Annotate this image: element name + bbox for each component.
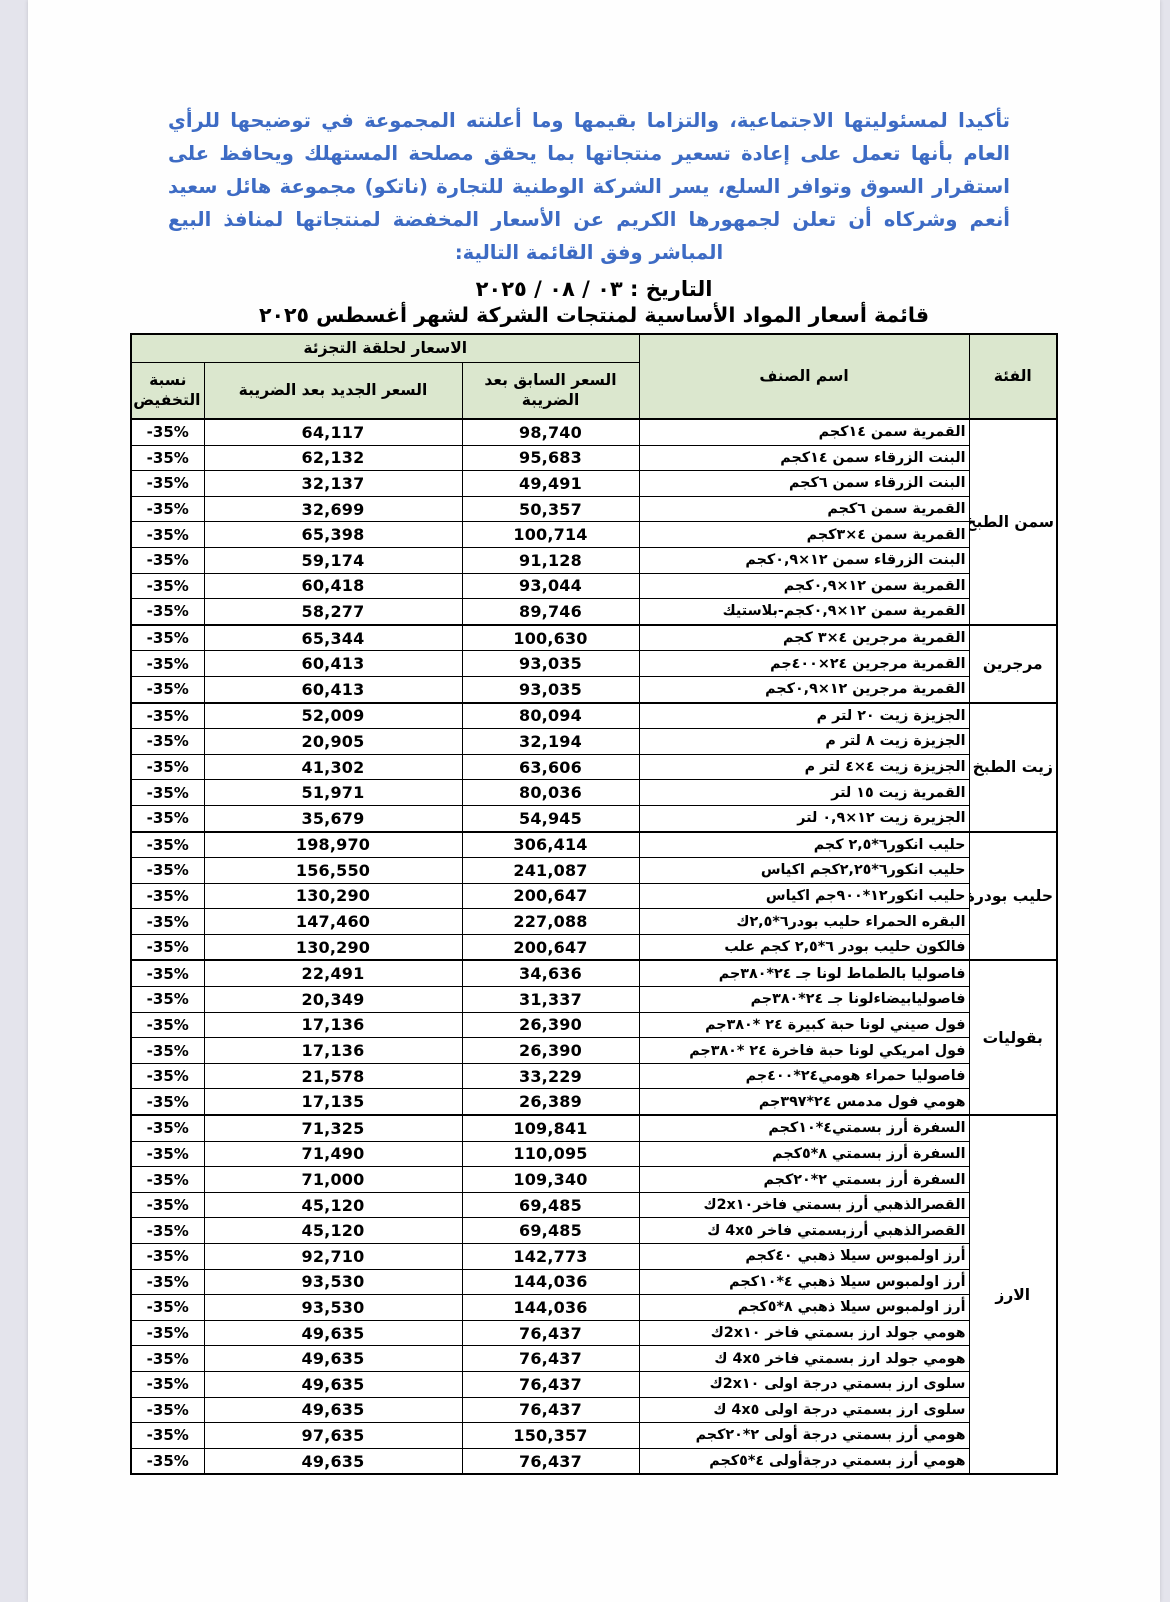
item-name-cell: السفرة أرز بسمتي٤*١٠كجم — [639, 1115, 969, 1141]
previous-price-cell: 63,606 — [462, 754, 639, 780]
item-name-cell: القصرالذهبي أرز بسمتي فاخر2x١٠ك — [639, 1192, 969, 1218]
discount-cell: -35% — [131, 547, 204, 573]
col-header-previous-price: السعر السابق بعد الضريبة — [462, 363, 639, 420]
discount-cell: -35% — [131, 754, 204, 780]
new-price-cell: 60,418 — [204, 573, 462, 599]
new-price-cell: 93,530 — [204, 1295, 462, 1321]
new-price-cell: 97,635 — [204, 1423, 462, 1449]
discount-cell: -35% — [131, 1244, 204, 1270]
new-price-cell: 49,635 — [204, 1397, 462, 1423]
new-price-cell: 17,135 — [204, 1089, 462, 1115]
previous-price-cell: 49,491 — [462, 471, 639, 497]
discount-cell: -35% — [131, 1167, 204, 1193]
previous-price-cell: 93,044 — [462, 573, 639, 599]
table-row: فول امريكي لونا حبة فاخرة ٢٤ *٣٨٠جم26,39… — [131, 1038, 1057, 1064]
item-name-cell: هومي أرز بسمتي درجة أولى ٢*٢٠كجم — [639, 1423, 969, 1449]
table-row: فاصوليا حمراء هومي٢٤*٤٠٠جم33,22921,578-3… — [131, 1063, 1057, 1089]
item-name-cell: فول صيني لونا حبة كبيرة ٢٤ *٣٨٠جم — [639, 1012, 969, 1038]
table-row: القمرية سمن ١٢×٠,٩كجم93,04460,418-35% — [131, 573, 1057, 599]
previous-price-cell: 241,087 — [462, 858, 639, 884]
new-price-cell: 71,000 — [204, 1167, 462, 1193]
new-price-cell: 22,491 — [204, 960, 462, 986]
table-row: سمن الطبخالقمرية سمن ١٤كجم98,74064,117-3… — [131, 419, 1057, 445]
previous-price-cell: 144,036 — [462, 1269, 639, 1295]
previous-price-cell: 200,647 — [462, 883, 639, 909]
item-name-cell: السفرة أرز بسمتي ٨*٥كجم — [639, 1141, 969, 1167]
new-price-cell: 147,460 — [204, 909, 462, 935]
item-name-cell: الجزيرة زيت ١٢×٠,٩ لتر — [639, 805, 969, 831]
discount-cell: -35% — [131, 1397, 204, 1423]
discount-cell: -35% — [131, 1320, 204, 1346]
table-row: البقره الحمراء حليب بودر٦*٢,٥ك227,088147… — [131, 909, 1057, 935]
page-title: قائمة أسعار المواد الأساسية لمنتجات الشر… — [28, 303, 1160, 327]
document-page: تأكيدا لمسئوليتها الاجتماعية، والتزاما ب… — [28, 0, 1160, 1602]
discount-cell: -35% — [131, 1218, 204, 1244]
discount-cell: -35% — [131, 987, 204, 1013]
item-name-cell: حليب انكور٦*٢,٢٥كجم اكياس — [639, 858, 969, 884]
item-name-cell: القمرية مرجرين ٤×٣ كجم — [639, 625, 969, 651]
table-row: الارزالسفرة أرز بسمتي٤*١٠كجم109,84171,32… — [131, 1115, 1057, 1141]
previous-price-cell: 54,945 — [462, 805, 639, 831]
table-row: الجزيزة زيت ٨ لتر م32,19420,905-35% — [131, 729, 1057, 755]
item-name-cell: هومي جولد ارز بسمتي فاخر 2x١٠ك — [639, 1320, 969, 1346]
table-row: حليب انكور٦*٢,٢٥كجم اكياس241,087156,550-… — [131, 858, 1057, 884]
item-name-cell: القمرية مرجرين ١٢×٠,٩كجم — [639, 676, 969, 702]
category-cell: الارز — [969, 1115, 1057, 1474]
discount-cell: -35% — [131, 1295, 204, 1321]
col-header-discount: نسبة التخفيض — [131, 363, 204, 420]
previous-price-cell: 91,128 — [462, 547, 639, 573]
table-row: فول صيني لونا حبة كبيرة ٢٤ *٣٨٠جم26,3901… — [131, 1012, 1057, 1038]
new-price-cell: 49,635 — [204, 1371, 462, 1397]
item-name-cell: فول امريكي لونا حبة فاخرة ٢٤ *٣٨٠جم — [639, 1038, 969, 1064]
new-price-cell: 45,120 — [204, 1192, 462, 1218]
previous-price-cell: 69,485 — [462, 1218, 639, 1244]
discount-cell: -35% — [131, 573, 204, 599]
table-row: البنت الزرقاء سمن ٦كجم49,49132,137-35% — [131, 471, 1057, 497]
discount-cell: -35% — [131, 703, 204, 729]
item-name-cell: سلوى ارز بسمتي درجة اولى 2x١٠ك — [639, 1371, 969, 1397]
category-cell: حليب بودرة — [969, 832, 1057, 961]
item-name-cell: البنت الزرقاء سمن ١٤كجم — [639, 445, 969, 471]
discount-cell: -35% — [131, 1115, 204, 1141]
new-price-cell: 93,530 — [204, 1269, 462, 1295]
new-price-cell: 17,136 — [204, 1038, 462, 1064]
new-price-cell: 130,290 — [204, 934, 462, 960]
previous-price-cell: 89,746 — [462, 599, 639, 625]
item-name-cell: هومي أرز بسمتي درجةأولى ٤*٥كجم — [639, 1448, 969, 1474]
discount-cell: -35% — [131, 1063, 204, 1089]
item-name-cell: فاصوليا حمراء هومي٢٤*٤٠٠جم — [639, 1063, 969, 1089]
header-row-top: الفئة اسم الصنف الاسعار لحلقة التجزئة — [131, 334, 1057, 363]
previous-price-cell: 76,437 — [462, 1371, 639, 1397]
discount-cell: -35% — [131, 1448, 204, 1474]
date-line: التاريخ : ٠٣ / ٠٨ / ٢٠٢٥ — [28, 277, 1160, 301]
new-price-cell: 45,120 — [204, 1218, 462, 1244]
table-row: حليب انكور١٢*٩٠٠جم اكياس200,647130,290-3… — [131, 883, 1057, 909]
discount-cell: -35% — [131, 522, 204, 548]
price-table-body: سمن الطبخالقمرية سمن ١٤كجم98,74064,117-3… — [131, 419, 1057, 1474]
item-name-cell: الجزيزة زيت ٢٠ لتر م — [639, 703, 969, 729]
item-name-cell: فاصوليابيضاءلونا جـ ٢٤*٣٨٠جم — [639, 987, 969, 1013]
new-price-cell: 60,413 — [204, 651, 462, 677]
item-name-cell: فاصوليا بالطماط لونا جـ ٢٤*٣٨٠جم — [639, 960, 969, 986]
previous-price-cell: 76,437 — [462, 1320, 639, 1346]
new-price-cell: 32,699 — [204, 496, 462, 522]
new-price-cell: 58,277 — [204, 599, 462, 625]
new-price-cell: 49,635 — [204, 1346, 462, 1372]
discount-cell: -35% — [131, 496, 204, 522]
previous-price-cell: 26,390 — [462, 1012, 639, 1038]
intro-paragraph: تأكيدا لمسئوليتها الاجتماعية، والتزاما ب… — [168, 104, 1010, 269]
new-price-cell: 21,578 — [204, 1063, 462, 1089]
previous-price-cell: 93,035 — [462, 651, 639, 677]
item-name-cell: البنت الزرقاء سمن ٦كجم — [639, 471, 969, 497]
table-row: حليب بودرةحليب انكور٦*٢,٥ كجم306,414198,… — [131, 832, 1057, 858]
table-row: هومي أرز بسمتي درجة أولى ٢*٢٠كجم150,3579… — [131, 1423, 1057, 1449]
discount-cell: -35% — [131, 1269, 204, 1295]
new-price-cell: 92,710 — [204, 1244, 462, 1270]
item-name-cell: حليب انكور١٢*٩٠٠جم اكياس — [639, 883, 969, 909]
new-price-cell: 52,009 — [204, 703, 462, 729]
discount-cell: -35% — [131, 471, 204, 497]
previous-price-cell: 76,437 — [462, 1448, 639, 1474]
category-cell: زيت الطبخ — [969, 703, 1057, 832]
col-header-category: الفئة — [969, 334, 1057, 419]
table-row: القمرية مرجرين ١٢×٠,٩كجم93,03560,413-35% — [131, 676, 1057, 702]
previous-price-cell: 95,683 — [462, 445, 639, 471]
new-price-cell: 65,398 — [204, 522, 462, 548]
new-price-cell: 71,325 — [204, 1115, 462, 1141]
discount-cell: -35% — [131, 445, 204, 471]
discount-cell: -35% — [131, 780, 204, 806]
new-price-cell: 32,137 — [204, 471, 462, 497]
table-row: القمرية زيت ١٥ لتر80,03651,971-35% — [131, 780, 1057, 806]
table-row: السفرة أرز بسمتي ٨*٥كجم110,09571,490-35% — [131, 1141, 1057, 1167]
table-row: أرز اولمبوس سيلا ذهبي ٤*١٠كجم144,03693,5… — [131, 1269, 1057, 1295]
item-name-cell: أرز اولمبوس سيلا ذهبي ٤*١٠كجم — [639, 1269, 969, 1295]
previous-price-cell: 26,390 — [462, 1038, 639, 1064]
col-header-item-name: اسم الصنف — [639, 334, 969, 419]
table-row: سلوى ارز بسمتي درجة اولى 2x١٠ك76,43749,6… — [131, 1371, 1057, 1397]
discount-cell: -35% — [131, 1038, 204, 1064]
previous-price-cell: 142,773 — [462, 1244, 639, 1270]
table-row: القصرالذهبي أرز بسمتي فاخر2x١٠ك69,48545,… — [131, 1192, 1057, 1218]
item-name-cell: أرز اولمبوس سيلا ذهبي ٨*٥كجم — [639, 1295, 969, 1321]
new-price-cell: 59,174 — [204, 547, 462, 573]
price-table-header: الفئة اسم الصنف الاسعار لحلقة التجزئة ال… — [131, 334, 1057, 419]
table-row: سلوى ارز بسمتي درجة اولى 4x٥ ك76,43749,6… — [131, 1397, 1057, 1423]
previous-price-cell: 110,095 — [462, 1141, 639, 1167]
discount-cell: -35% — [131, 858, 204, 884]
discount-cell: -35% — [131, 909, 204, 935]
discount-cell: -35% — [131, 729, 204, 755]
new-price-cell: 35,679 — [204, 805, 462, 831]
previous-price-cell: 306,414 — [462, 832, 639, 858]
discount-cell: -35% — [131, 1141, 204, 1167]
previous-price-cell: 227,088 — [462, 909, 639, 935]
table-row: القمرية سمن ٤×٣كجم100,71465,398-35% — [131, 522, 1057, 548]
previous-price-cell: 109,841 — [462, 1115, 639, 1141]
category-cell: مرجرين — [969, 625, 1057, 703]
price-table: الفئة اسم الصنف الاسعار لحلقة التجزئة ال… — [130, 333, 1058, 1475]
col-header-new-price: السعر الجديد بعد الضريبة — [204, 363, 462, 420]
table-row: هومي جولد ارز بسمتي فاخر 4x٥ ك76,43749,6… — [131, 1346, 1057, 1372]
item-name-cell: القمرية سمن ٤×٣كجم — [639, 522, 969, 548]
new-price-cell: 198,970 — [204, 832, 462, 858]
table-row: هومي جولد ارز بسمتي فاخر 2x١٠ك76,43749,6… — [131, 1320, 1057, 1346]
table-row: هومي أرز بسمتي درجةأولى ٤*٥كجم76,43749,6… — [131, 1448, 1057, 1474]
item-name-cell: فالكون حليب بودر ٦*٢,٥ كجم علب — [639, 934, 969, 960]
col-header-retail-prices-group: الاسعار لحلقة التجزئة — [131, 334, 639, 363]
new-price-cell: 49,635 — [204, 1320, 462, 1346]
previous-price-cell: 93,035 — [462, 676, 639, 702]
table-row: زيت الطبخالجزيزة زيت ٢٠ لتر م80,09452,00… — [131, 703, 1057, 729]
item-name-cell: القمرية سمن ١٢×٠,٩كجم — [639, 573, 969, 599]
category-cell: بقوليات — [969, 960, 1057, 1115]
new-price-cell: 20,349 — [204, 987, 462, 1013]
category-cell: سمن الطبخ — [969, 419, 1057, 625]
new-price-cell: 130,290 — [204, 883, 462, 909]
new-price-cell: 49,635 — [204, 1448, 462, 1474]
previous-price-cell: 80,036 — [462, 780, 639, 806]
new-price-cell: 20,905 — [204, 729, 462, 755]
discount-cell: -35% — [131, 599, 204, 625]
discount-cell: -35% — [131, 1423, 204, 1449]
previous-price-cell: 26,389 — [462, 1089, 639, 1115]
new-price-cell: 60,413 — [204, 676, 462, 702]
previous-price-cell: 100,714 — [462, 522, 639, 548]
previous-price-cell: 80,094 — [462, 703, 639, 729]
previous-price-cell: 76,437 — [462, 1397, 639, 1423]
previous-price-cell: 109,340 — [462, 1167, 639, 1193]
table-row: أرز اولمبوس سيلا ذهبي ٨*٥كجم144,03693,53… — [131, 1295, 1057, 1321]
discount-cell: -35% — [131, 1012, 204, 1038]
previous-price-cell: 150,357 — [462, 1423, 639, 1449]
table-row: البنت الزرقاء سمن ١٢×٠,٩كجم91,12859,174-… — [131, 547, 1057, 573]
discount-cell: -35% — [131, 805, 204, 831]
item-name-cell: هومي جولد ارز بسمتي فاخر 4x٥ ك — [639, 1346, 969, 1372]
item-name-cell: القمرية سمن ١٢×٠,٩كجم-بلاستيك — [639, 599, 969, 625]
item-name-cell: الجزيزة زيت ٨ لتر م — [639, 729, 969, 755]
table-row: فالكون حليب بودر ٦*٢,٥ كجم علب200,647130… — [131, 934, 1057, 960]
item-name-cell: أرز اولمبوس سيلا ذهبي ٤٠كجم — [639, 1244, 969, 1270]
item-name-cell: القمرية زيت ١٥ لتر — [639, 780, 969, 806]
previous-price-cell: 76,437 — [462, 1346, 639, 1372]
item-name-cell: الجزيزة زيت ٤×٤ لتر م — [639, 754, 969, 780]
discount-cell: -35% — [131, 934, 204, 960]
previous-price-cell: 34,636 — [462, 960, 639, 986]
item-name-cell: السفرة أرز بسمتي ٢*٢٠كجم — [639, 1167, 969, 1193]
discount-cell: -35% — [131, 1371, 204, 1397]
item-name-cell: سلوى ارز بسمتي درجة اولى 4x٥ ك — [639, 1397, 969, 1423]
item-name-cell: القمرية سمن ٦كجم — [639, 496, 969, 522]
new-price-cell: 51,971 — [204, 780, 462, 806]
new-price-cell: 41,302 — [204, 754, 462, 780]
item-name-cell: هومي فول مدمس ٢٤*٣٩٧جم — [639, 1089, 969, 1115]
new-price-cell: 156,550 — [204, 858, 462, 884]
table-row: الجزيرة زيت ١٢×٠,٩ لتر54,94535,679-35% — [131, 805, 1057, 831]
previous-price-cell: 98,740 — [462, 419, 639, 445]
discount-cell: -35% — [131, 625, 204, 651]
discount-cell: -35% — [131, 676, 204, 702]
discount-cell: -35% — [131, 1089, 204, 1115]
discount-cell: -35% — [131, 1346, 204, 1372]
item-name-cell: القمرية سمن ١٤كجم — [639, 419, 969, 445]
new-price-cell: 65,344 — [204, 625, 462, 651]
previous-price-cell: 32,194 — [462, 729, 639, 755]
item-name-cell: حليب انكور٦*٢,٥ كجم — [639, 832, 969, 858]
table-row: القمرية سمن ٦كجم50,35732,699-35% — [131, 496, 1057, 522]
item-name-cell: البقره الحمراء حليب بودر٦*٢,٥ك — [639, 909, 969, 935]
item-name-cell: القمرية مرجرين ٢٤×٤٠٠جم — [639, 651, 969, 677]
discount-cell: -35% — [131, 419, 204, 445]
table-row: القمرية مرجرين ٢٤×٤٠٠جم93,03560,413-35% — [131, 651, 1057, 677]
table-row: بقولياتفاصوليا بالطماط لونا جـ ٢٤*٣٨٠جم3… — [131, 960, 1057, 986]
previous-price-cell: 69,485 — [462, 1192, 639, 1218]
table-row: السفرة أرز بسمتي ٢*٢٠كجم109,34071,000-35… — [131, 1167, 1057, 1193]
discount-cell: -35% — [131, 832, 204, 858]
item-name-cell: القصرالذهبي أرزبسمتي فاخر 4x٥ ك — [639, 1218, 969, 1244]
previous-price-cell: 100,630 — [462, 625, 639, 651]
new-price-cell: 71,490 — [204, 1141, 462, 1167]
table-row: الجزيزة زيت ٤×٤ لتر م63,60641,302-35% — [131, 754, 1057, 780]
new-price-cell: 17,136 — [204, 1012, 462, 1038]
table-row: فاصوليابيضاءلونا جـ ٢٤*٣٨٠جم31,33720,349… — [131, 987, 1057, 1013]
previous-price-cell: 200,647 — [462, 934, 639, 960]
table-row: القمرية سمن ١٢×٠,٩كجم-بلاستيك89,74658,27… — [131, 599, 1057, 625]
previous-price-cell: 33,229 — [462, 1063, 639, 1089]
new-price-cell: 62,132 — [204, 445, 462, 471]
previous-price-cell: 31,337 — [462, 987, 639, 1013]
discount-cell: -35% — [131, 883, 204, 909]
table-row: مرجرينالقمرية مرجرين ٤×٣ كجم100,63065,34… — [131, 625, 1057, 651]
table-row: أرز اولمبوس سيلا ذهبي ٤٠كجم142,77392,710… — [131, 1244, 1057, 1270]
discount-cell: -35% — [131, 651, 204, 677]
table-row: هومي فول مدمس ٢٤*٣٩٧جم26,38917,135-35% — [131, 1089, 1057, 1115]
table-row: القصرالذهبي أرزبسمتي فاخر 4x٥ ك69,48545,… — [131, 1218, 1057, 1244]
screen: { "page": { "intro_paragraph": "تأكيدا ل… — [0, 0, 1170, 1602]
table-row: البنت الزرقاء سمن ١٤كجم95,68362,132-35% — [131, 445, 1057, 471]
previous-price-cell: 144,036 — [462, 1295, 639, 1321]
discount-cell: -35% — [131, 960, 204, 986]
previous-price-cell: 50,357 — [462, 496, 639, 522]
item-name-cell: البنت الزرقاء سمن ١٢×٠,٩كجم — [639, 547, 969, 573]
new-price-cell: 64,117 — [204, 419, 462, 445]
discount-cell: -35% — [131, 1192, 204, 1218]
